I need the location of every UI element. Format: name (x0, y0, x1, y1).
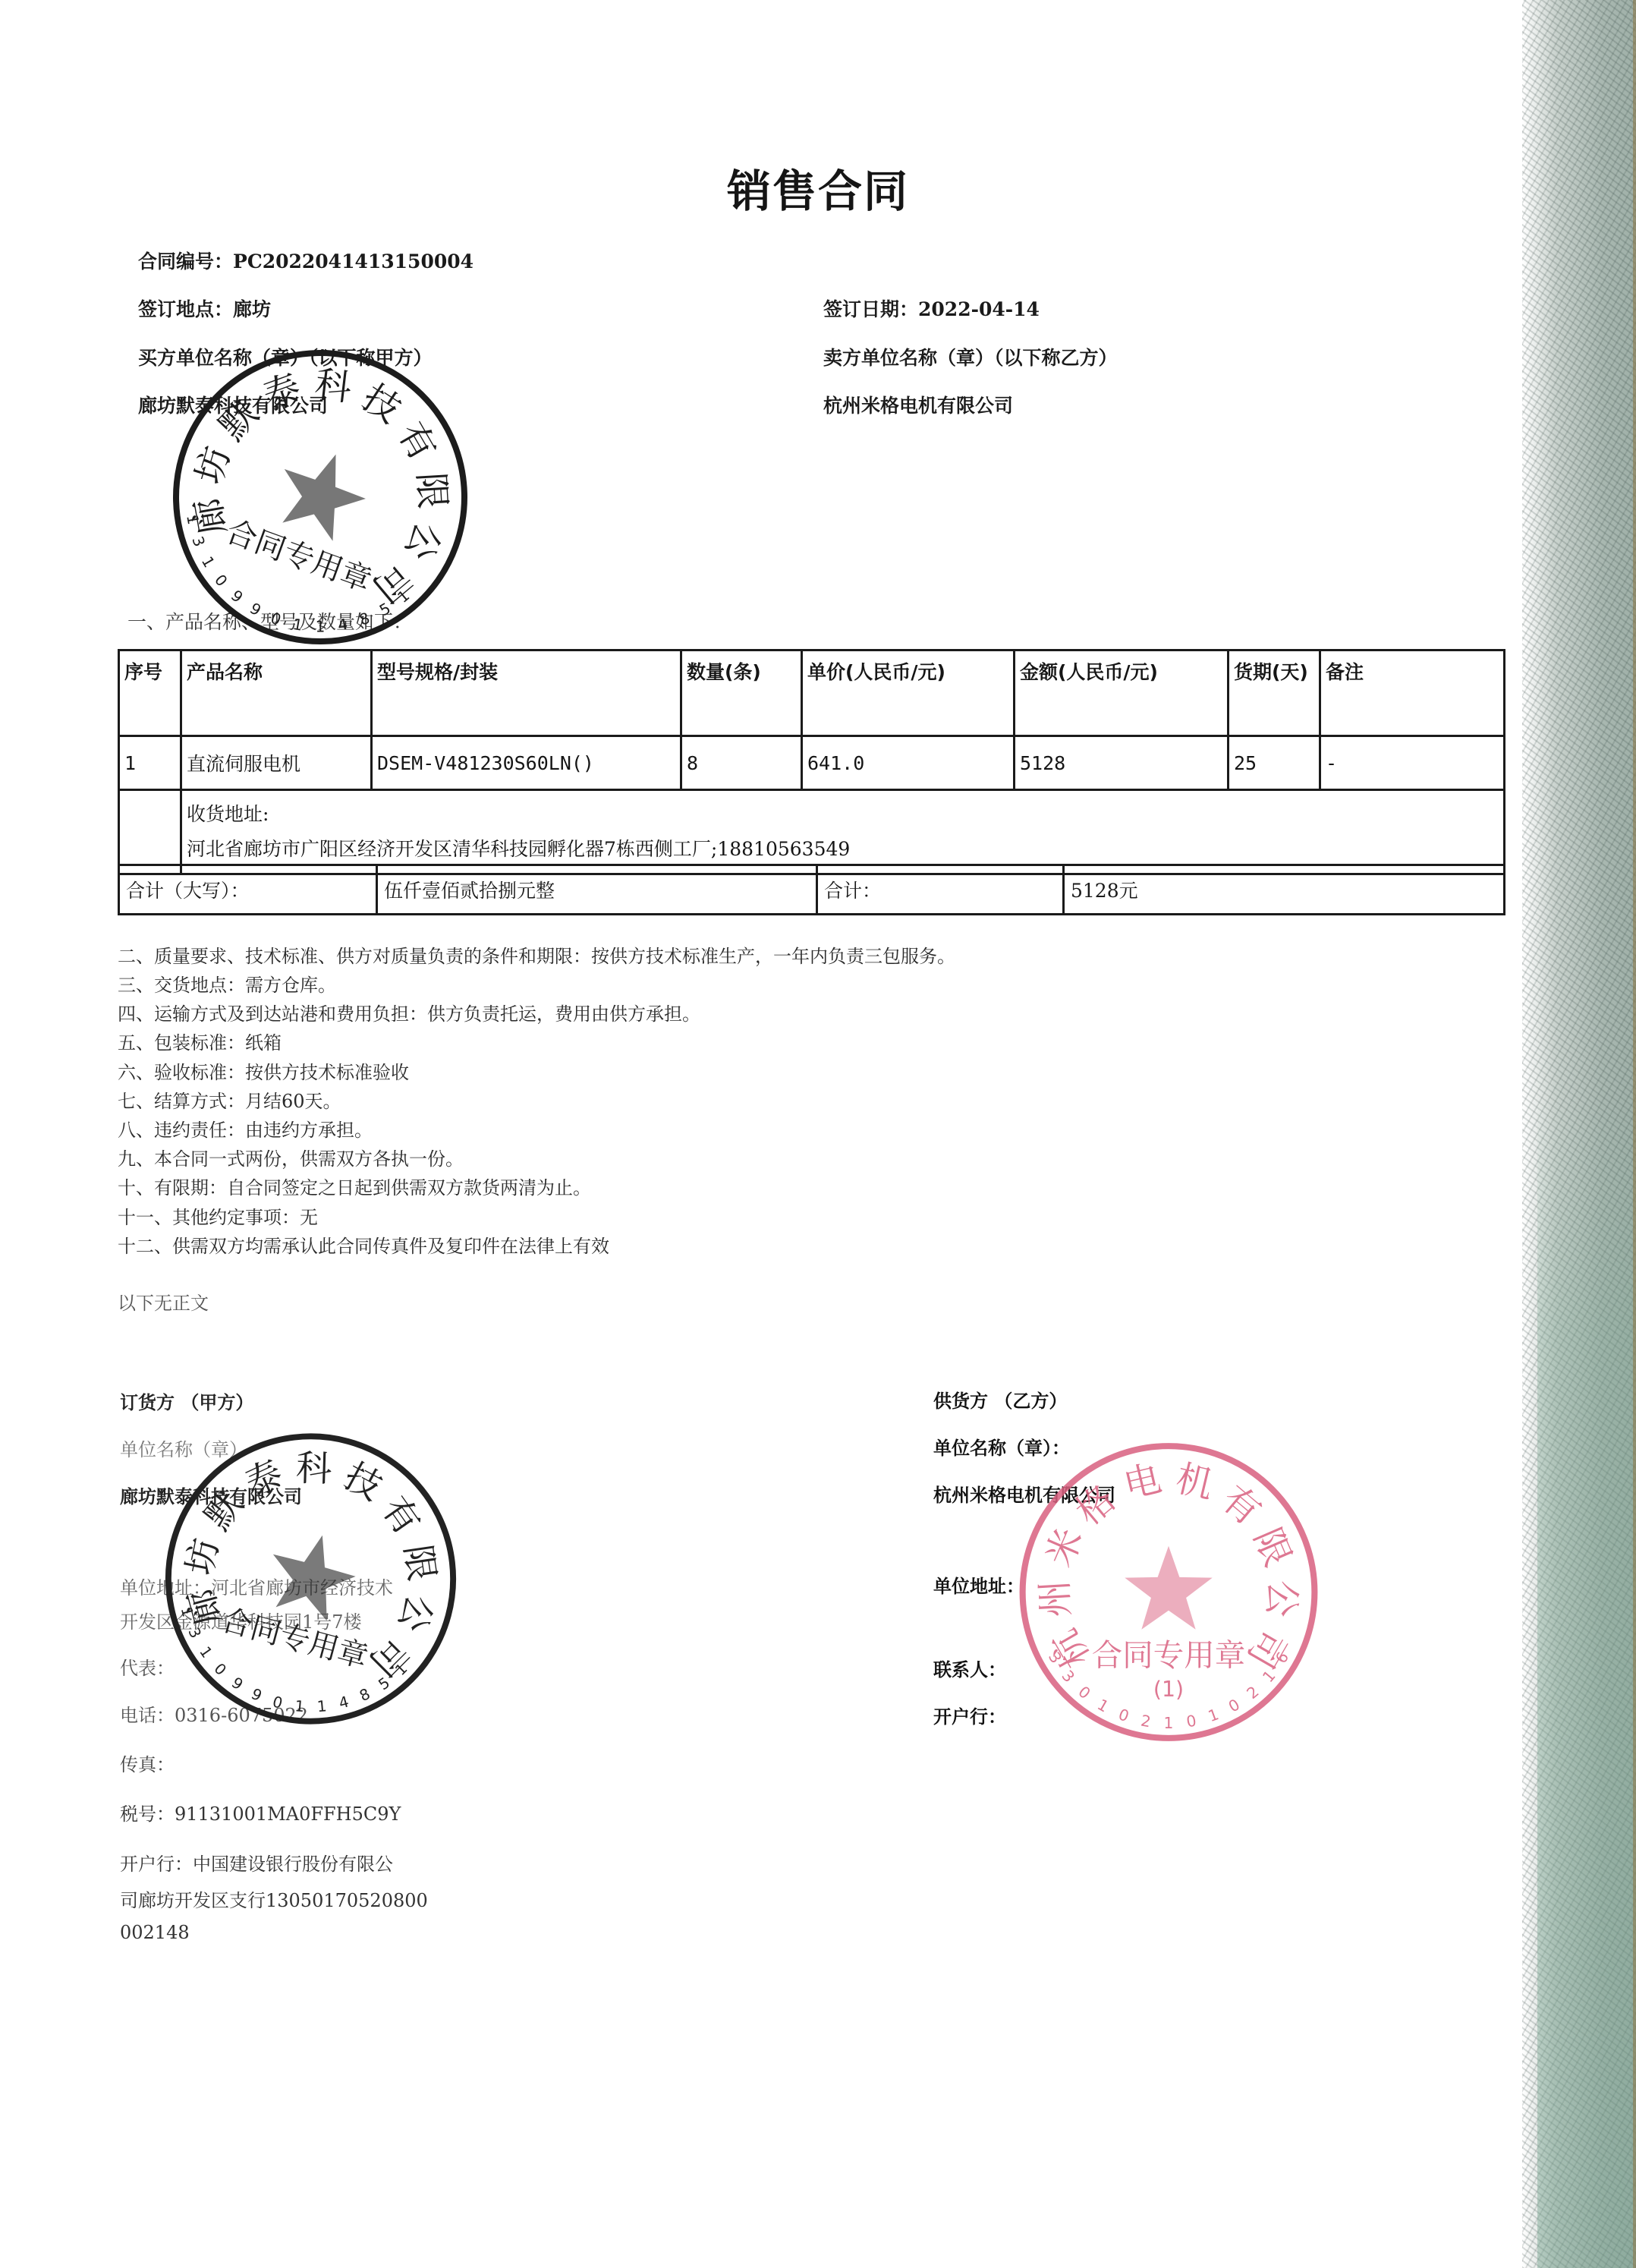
svg-text:0: 0 (269, 609, 284, 629)
svg-text:公: 公 (389, 1589, 440, 1636)
svg-text:4: 4 (337, 1693, 351, 1712)
sign-place: 廊坊 (233, 298, 271, 320)
clause-6: 六、验收标准：按供方技术标准验收 (118, 1057, 409, 1084)
svg-text:泰: 泰 (258, 366, 307, 418)
clause-3: 三、交货地点：需方仓库。 (118, 970, 336, 997)
cell-lead-time: 25 (1229, 736, 1320, 790)
svg-text:0: 0 (1074, 1682, 1093, 1703)
seller-label: 卖方单位名称（章）（以下称乙方） (823, 343, 1118, 370)
svg-text:机: 机 (1172, 1457, 1217, 1507)
scanner-edge-tint (1537, 1101, 1636, 2268)
clause-2: 二、质量要求、技术标准、供方对质量负责的条件和期限：按供方技术标准生产，一年内负… (118, 941, 955, 968)
buyer-fax-label: 传真： (120, 1750, 175, 1776)
svg-text:州: 州 (1034, 1579, 1078, 1618)
scanner-edge-rim (1633, 0, 1636, 2268)
header-cell: 金额(人民币/元) (1015, 650, 1229, 736)
svg-text:坊: 坊 (187, 442, 238, 489)
svg-text:1: 1 (316, 618, 326, 636)
svg-text:默: 默 (197, 1484, 253, 1538)
cell-amount: 5128 (1015, 736, 1229, 790)
cell-remark: - (1320, 736, 1505, 790)
svg-text:合同专用章: 合同专用章 (1092, 1637, 1246, 1674)
buyer-bank-line-1: 开户行：中国建设银行股份有限公 (120, 1849, 393, 1876)
svg-text:0: 0 (1185, 1712, 1198, 1731)
clause-12: 十二、供需双方均需承认此合同传真件及复印件在法律上有效 (118, 1231, 609, 1258)
svg-text:1: 1 (1164, 1714, 1174, 1732)
svg-text:公: 公 (396, 516, 449, 566)
svg-text:合同专用章: 合同专用章 (218, 1602, 372, 1675)
clause-4: 四、运输方式及到达站港和费用负担：供方负责托运，费用由供方承担。 (118, 999, 700, 1025)
clause-8: 八、违约责任：由违约方承担。 (118, 1115, 373, 1142)
svg-text:0: 0 (271, 1693, 285, 1712)
sign-date: 2022-04-14 (918, 298, 1040, 320)
svg-text:司: 司 (364, 555, 420, 611)
cell-model: DSEM-V481230S60LN() (372, 736, 681, 790)
table-header-row: 序号 产品名称 型号规格/封装 数量(条) 单价(人民币/元) 金额(人民币/元… (119, 650, 1505, 736)
svg-text:电: 电 (1120, 1457, 1166, 1507)
sign-place-label: 签订地点： (138, 298, 233, 320)
svg-text:9: 9 (247, 599, 264, 619)
total-value: 5128元 (1064, 865, 1505, 915)
clause-11: 十一、其他约定事项：无 (118, 1202, 318, 1229)
svg-text:有: 有 (389, 415, 445, 468)
svg-text:米: 米 (1038, 1522, 1092, 1573)
cell-unit-price: 641.0 (802, 736, 1015, 790)
svg-text:0: 0 (1116, 1705, 1131, 1725)
address-value: 河北省廊坊市广阳区经济开发区清华科技园孵化器7栋西侧工厂;18810563549 (187, 832, 1499, 867)
seller-name: 杭州米格电机有限公司 (823, 391, 1013, 418)
svg-text:8: 8 (357, 609, 372, 629)
seller-block-heading: 供货方 （乙方） (933, 1386, 1067, 1413)
svg-text:合同专用章: 合同专用章 (222, 514, 376, 599)
contract-number-row: 合同编号：PC2022041413150004 (138, 247, 473, 274)
clause-9: 九、本合同一式两份，供需双方各执一份。 (118, 1144, 464, 1170)
address-spacer-cell (119, 790, 181, 874)
clause-10: 十、有限期：自合同签定之日起到供需双方款货两清为止。 (118, 1173, 591, 1199)
sign-date-label: 签订日期： (823, 298, 918, 320)
buyer-company-seal-bottom: 廊坊默泰科技有限公司合同专用章1310990114851 (161, 1427, 461, 1731)
cell-quantity: 8 (681, 736, 802, 790)
svg-text:技: 技 (337, 1455, 389, 1509)
contract-number: PC2022041413150004 (233, 250, 473, 272)
svg-text:2: 2 (1140, 1712, 1153, 1731)
svg-text:有: 有 (1213, 1477, 1269, 1533)
svg-text:2: 2 (1243, 1682, 1262, 1703)
header-cell: 型号规格/封装 (372, 650, 681, 736)
address-label: 收货地址: (187, 797, 1499, 832)
clause-5: 五、包装标准：纸箱 (118, 1028, 282, 1054)
svg-text:技: 技 (354, 376, 408, 432)
svg-text:公: 公 (1259, 1579, 1304, 1618)
svg-text:格: 格 (1068, 1477, 1124, 1533)
svg-text:0: 0 (1225, 1695, 1243, 1715)
buyer-tax-label: 税号： (120, 1803, 175, 1825)
table-row: 1 直流伺服电机 DSEM-V481230S60LN() 8 641.0 512… (119, 736, 1505, 790)
buyer-bank-line-2: 司廊坊开发区支行13050170520800 (120, 1885, 428, 1912)
svg-text:1: 1 (196, 1643, 216, 1661)
buyer-block-heading: 订货方 （甲方） (120, 1388, 253, 1414)
svg-text:限: 限 (1245, 1522, 1299, 1573)
end-note: 以下无正文 (118, 1288, 209, 1315)
svg-text:限: 限 (409, 471, 454, 510)
sign-date-row: 签订日期：2022-04-14 (823, 295, 1040, 322)
buyer-company-seal-top: 廊坊默泰科技有限公司合同专用章1310990114851 (161, 345, 480, 649)
seller-address-label: 单位地址： (933, 1571, 1024, 1598)
cell-product-name: 直流伺服电机 (181, 736, 372, 790)
svg-text:9: 9 (228, 586, 247, 606)
svg-text:1: 1 (1206, 1705, 1221, 1725)
header-cell: 货期(天) (1229, 650, 1320, 736)
svg-text:限: 限 (396, 1542, 442, 1584)
svg-text:4: 4 (336, 615, 349, 635)
svg-text:8: 8 (357, 1685, 373, 1705)
svg-text:1: 1 (198, 553, 219, 571)
contract-number-label: 合同编号： (138, 250, 233, 272)
svg-text:0: 0 (211, 571, 231, 590)
cell-index: 1 (119, 736, 181, 790)
buyer-bank-line-3: 002148 (120, 1922, 190, 1943)
clause-7: 七、结算方式：月结60天。 (118, 1086, 341, 1113)
document-title: 销售合同 (0, 156, 1636, 219)
total-label: 合计： (817, 865, 1064, 915)
sign-place-row: 签订地点：廊坊 (138, 295, 271, 322)
svg-text:9: 9 (249, 1685, 265, 1705)
items-table: 序号 产品名称 型号规格/封装 数量(条) 单价(人民币/元) 金额(人民币/元… (118, 649, 1505, 875)
total-upper-value: 伍仟壹佰贰拾捌元整 (377, 865, 817, 915)
scanner-edge-shadow (1522, 0, 1636, 2268)
header-cell: 单价(人民币/元) (802, 650, 1015, 736)
total-upper-label: 合计（大写）： (119, 865, 377, 915)
header-cell: 备注 (1320, 650, 1505, 736)
buyer-tax-row: 税号：91131001MA0FFH5C9Y (120, 1799, 401, 1825)
address-cell: 收货地址: 河北省廊坊市广阳区经济开发区清华科技园孵化器7栋西侧工厂;18810… (181, 790, 1505, 874)
header-cell: 产品名称 (181, 650, 372, 736)
svg-text:1: 1 (294, 1697, 306, 1715)
svg-text:科: 科 (295, 1447, 332, 1490)
header-cell: 数量(条) (681, 650, 802, 736)
address-row: 收货地址: 河北省廊坊市广阳区经济开发区清华科技园孵化器7栋西侧工厂;18810… (119, 790, 1505, 874)
svg-text:9: 9 (228, 1674, 246, 1693)
svg-text:0: 0 (211, 1660, 230, 1679)
buyer-tax-number: 91131001MA0FFH5C9Y (175, 1803, 401, 1825)
svg-text:泰: 泰 (239, 1453, 289, 1506)
seller-company-seal: 杭州米格电机有限公司合同专用章(1)3301021010216 (1013, 1438, 1324, 1746)
seller-bank-label: 开户行： (933, 1702, 1006, 1728)
svg-text:(1): (1) (1153, 1677, 1184, 1702)
total-row: 合计（大写）： 伍仟壹佰贰拾捌元整 合计： 5128元 (119, 865, 1505, 915)
total-table: 合计（大写）： 伍仟壹佰贰拾捌元整 合计： 5128元 (118, 864, 1505, 915)
seller-contact-label: 联系人： (933, 1655, 1006, 1681)
svg-text:默: 默 (211, 392, 267, 448)
svg-text:坊: 坊 (179, 1535, 227, 1579)
svg-text:1: 1 (291, 615, 304, 635)
header-cell: 序号 (119, 650, 181, 736)
svg-text:1: 1 (316, 1697, 328, 1715)
svg-text:有: 有 (373, 1489, 428, 1542)
svg-text:科: 科 (313, 363, 354, 409)
svg-text:1: 1 (1094, 1695, 1112, 1715)
